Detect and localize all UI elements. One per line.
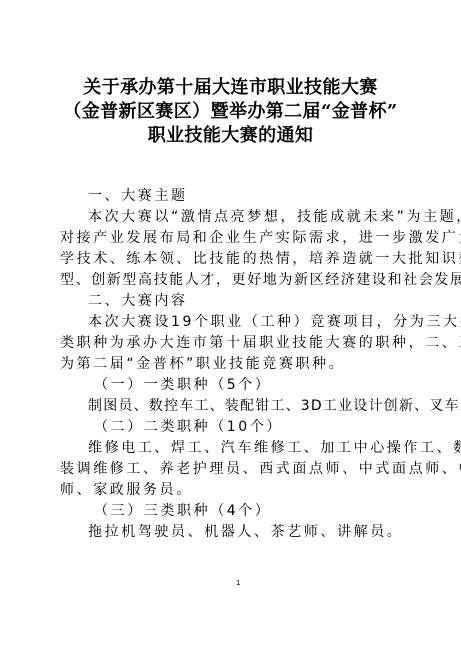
category-3-list: 拖拉机驾驶员、机器人、茶艺师、讲解员。 [60,522,402,543]
document-body: 一、大赛主题 本次大赛以“激情点亮梦想，技能成就未来”为主题，紧密 对接产业发展… [60,186,402,543]
category-1-list: 制图员、数控车工、装配钳工、3D工业设计创新、叉车工。 [60,396,402,417]
theme-paragraph-line: 本次大赛以“激情点亮梦想，技能成就未来”为主题，紧密 [60,207,402,228]
title-line-1: 关于承办第十届大连市职业技能大赛 [40,76,421,100]
content-paragraph-line: 本次大赛设19个职业（工种）竞赛项目，分为三大类，一 [60,312,402,333]
content-paragraph-line: 类职种为承办大连市第十届职业技能大赛的职种，二、三类职种 [60,333,402,354]
page-number: 1 [236,579,240,587]
section-heading-content: 二、大赛内容 [60,291,402,312]
theme-paragraph-line: 型、创新型高技能人才，更好地为新区经济建设和社会发展服务。 [60,270,402,291]
document-page: 关于承办第十届大连市职业技能大赛 （金普新区赛区）暨举办第二届“金普杯” 职业技… [0,0,461,652]
category-2-label: （二）二类职种（10个） [60,417,402,438]
theme-paragraph-line: 学技术、练本领、比技能的热情，培养造就一大批知识型、技术 [60,249,402,270]
category-3-label: （三）三类职种（4个） [60,501,402,522]
document-title: 关于承办第十届大连市职业技能大赛 （金普新区赛区）暨举办第二届“金普杯” 职业技… [40,76,421,148]
content-paragraph-line: 为第二届“金普杯”职业技能竞赛职种。 [60,354,402,375]
category-1-label: （一）一类职种（5个） [60,375,402,396]
theme-paragraph-line: 对接产业发展布局和企业生产实际需求，进一步激发广大劳动者 [60,228,402,249]
section-heading-theme: 一、大赛主题 [60,186,402,207]
category-2-list-line: 装调维修工、养老护理员、西式面点师、中式面点师、中式烹调 [60,459,402,480]
category-2-list-line: 师、家政服务员。 [60,480,402,501]
category-2-list-line: 维修电工、焊工、汽车维修工、加工中心操作工、数控机床 [60,438,402,459]
title-line-3: 职业技能大赛的通知 [40,124,421,148]
title-line-2: （金普新区赛区）暨举办第二届“金普杯” [40,100,421,124]
